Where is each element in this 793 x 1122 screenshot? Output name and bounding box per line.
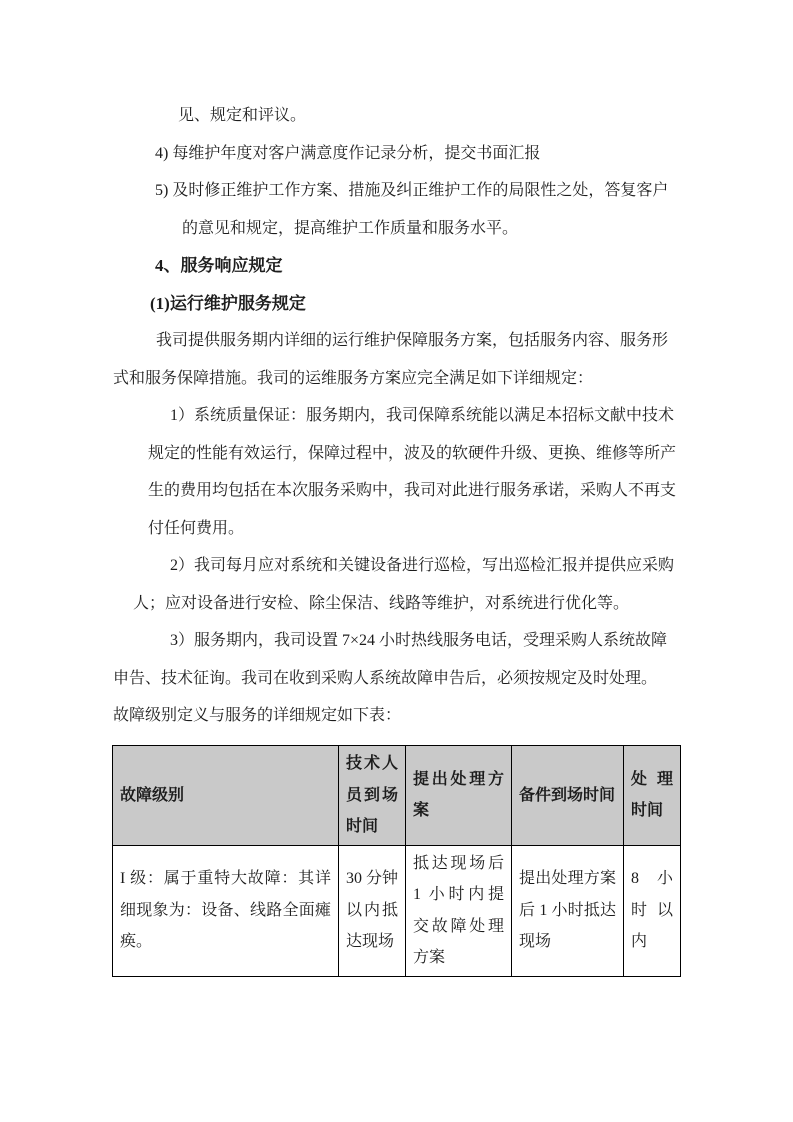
table-header-row: 故障级别 技术人员到场时间 提出处理方案 备件到场时间 处理时间 xyxy=(113,746,681,846)
header-cell-solution-proposal: 提出处理方案 xyxy=(406,746,512,846)
header-cell-tech-arrival-time: 技术人员到场时间 xyxy=(339,746,406,846)
table-caption-line: 故障级别定义与服务的详细规定如下表： xyxy=(113,697,680,735)
cell-parts-arrival-time: 提出处理方案后 1 小时抵达现场 xyxy=(512,845,624,976)
body-line: 1）系统质量保证：服务期内，我司保障系统能以满足本招标文献中技术 xyxy=(113,397,680,435)
body-line: 申告、技术征询。我司在收到采购人系统故障申告后，必须按规定及时处理。 xyxy=(113,660,680,698)
body-line: 人；应对设备进行安检、除尘保洁、线路等维护，对系统进行优化等。 xyxy=(113,585,680,623)
list-item-5: 5) 及时修正维护工作方案、措施及纠正维护工作的局限性之处，答复客户 xyxy=(113,172,680,210)
body-line: 3）服务期内，我司设置 7×24 小时热线服务电话，受理采购人系统故障 xyxy=(113,622,680,660)
header-cell-fault-level: 故障级别 xyxy=(113,746,339,846)
subsection-heading: (1)运行维护服务规定 xyxy=(113,285,680,323)
body-line: 规定的性能有效运行，保障过程中，波及的软硬件升级、更换、维修等所产 xyxy=(113,435,680,473)
body-text: 见、规定和评议。 4) 每维护年度对客户满意度作记录分析，提交书面汇报 5) 及… xyxy=(113,97,680,735)
cell-solution-proposal: 抵达现场后 1 小时内提交故障处理方案 xyxy=(406,845,512,976)
cell-handling-time: 8 小时以内 xyxy=(624,845,681,976)
body-line: 付任何费用。 xyxy=(113,510,680,548)
body-line: 见、规定和评议。 xyxy=(113,97,680,135)
body-line: 式和服务保障措施。我司的运维服务方案应完全满足如下详细规定： xyxy=(113,360,680,398)
document-page: 见、规定和评议。 4) 每维护年度对客户满意度作记录分析，提交书面汇报 5) 及… xyxy=(0,0,793,1122)
table-row: I 级：属于重特大故障：其详细现象为：设备、线路全面瘫痪。 30 分钟以内抵达现… xyxy=(113,845,681,976)
cell-tech-arrival-time: 30 分钟以内抵达现场 xyxy=(339,845,406,976)
list-item-4: 4) 每维护年度对客户满意度作记录分析，提交书面汇报 xyxy=(113,135,680,173)
body-line: 生的费用均包括在本次服务采购中，我司对此进行服务承诺，采购人不再支 xyxy=(113,472,680,510)
header-cell-parts-arrival-time: 备件到场时间 xyxy=(512,746,624,846)
fault-level-table: 故障级别 技术人员到场时间 提出处理方案 备件到场时间 处理时间 I 级：属于重… xyxy=(112,745,681,977)
header-cell-handling-time: 处理时间 xyxy=(624,746,681,846)
body-line: 2）我司每月应对系统和关键设备进行巡检，写出巡检汇报并提供应采购 xyxy=(113,547,680,585)
body-line: 我司提供服务期内详细的运行维护保障服务方案，包括服务内容、服务形 xyxy=(113,322,680,360)
section-heading: 4、服务响应规定 xyxy=(113,247,680,285)
cell-fault-level: I 级：属于重特大故障：其详细现象为：设备、线路全面瘫痪。 xyxy=(113,845,339,976)
body-line: 的意见和规定，提高维护工作质量和服务水平。 xyxy=(113,210,680,248)
